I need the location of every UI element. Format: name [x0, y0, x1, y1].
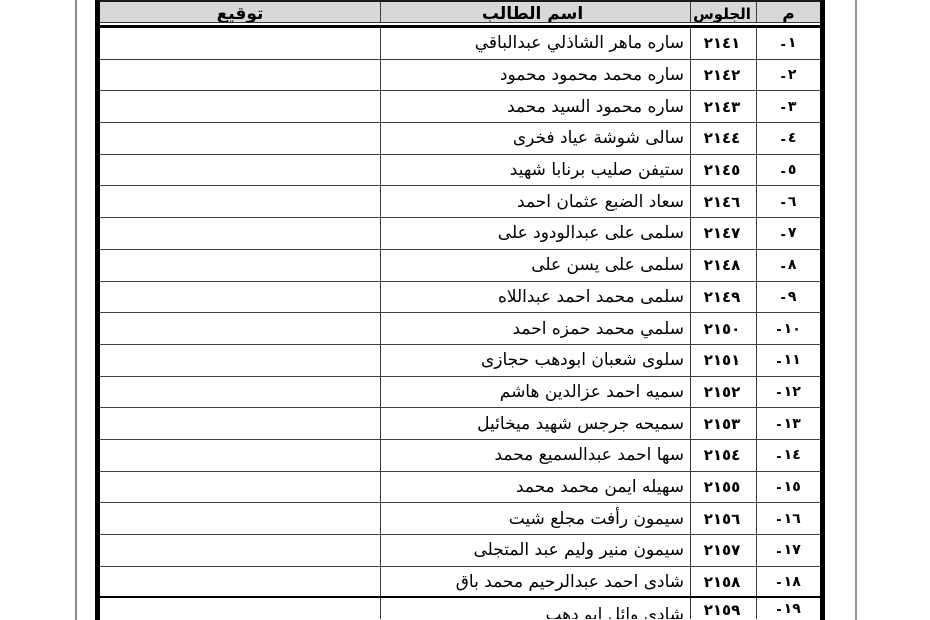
cell-signature [100, 503, 380, 534]
serial-value: ١٥ [784, 479, 801, 495]
cell-signature [100, 377, 380, 408]
cell-seat-number: ٢١٤٥ [690, 155, 756, 186]
cell-seat-number: ٢١٥٩ [690, 598, 756, 619]
cell-seat-number: ٢١٥١ [690, 345, 756, 376]
student-name-value: سلمى على يسن على [531, 255, 690, 275]
serial-dash: - [776, 513, 781, 528]
serial-dash: - [781, 228, 786, 243]
serial-dash: - [781, 291, 786, 306]
header-signature: توقيع [100, 2, 380, 22]
cell-serial-number: - ١٦ [756, 503, 820, 534]
serial-value: ٦ [788, 194, 797, 210]
student-name-value: سيمون منير وليم عبد المتجلى [474, 540, 691, 560]
cell-signature [100, 91, 380, 122]
cell-seat-number: ٢١٤٨ [690, 250, 756, 281]
serial-dash: - [776, 418, 781, 433]
serial-dash: - [781, 101, 786, 116]
cell-seat-number: ٢١٥٧ [690, 535, 756, 566]
seat-number-value: ٢١٥٣ [704, 415, 741, 433]
cell-signature [100, 598, 380, 619]
cell-seat-number: ٢١٤٣ [690, 91, 756, 122]
cell-signature [100, 440, 380, 471]
cell-signature [100, 28, 380, 59]
serial-dash: - [781, 70, 786, 85]
cell-seat-number: ٢١٥٢ [690, 377, 756, 408]
cell-seat-number: ٢١٥٥ [690, 472, 756, 503]
student-name-value: ستيفن صليب برنابا شهيد [510, 160, 690, 180]
serial-value: ٢ [788, 67, 797, 83]
cell-serial-number: - ٢ [756, 60, 820, 91]
student-name-value: سيمون رأفت مجلع شيت [509, 509, 690, 529]
cell-signature [100, 345, 380, 376]
cell-serial-number: - ١٢ [756, 377, 820, 408]
cell-seat-number: ٢١٥٤ [690, 440, 756, 471]
serial-dash: - [776, 600, 781, 618]
cell-seat-number: ٢١٥٨ [690, 567, 756, 597]
seat-number-value: ٢١٤٨ [704, 256, 741, 274]
table-row: - ٧ ٢١٤٧ سلمى على عبدالودود على [100, 218, 820, 250]
table-row: - ٥ ٢١٤٥ ستيفن صليب برنابا شهيد [100, 155, 820, 187]
cell-serial-number: - ١٧ [756, 535, 820, 566]
cell-student-name: سلمي محمد حمزه احمد [380, 313, 690, 344]
table-row: - ١٥ ٢١٥٥ سهيله ايمن محمد محمد [100, 472, 820, 504]
cell-serial-number: - ٤ [756, 123, 820, 154]
seat-number-value: ٢١٥٦ [704, 510, 741, 528]
seat-number-value: ٢١٤٢ [704, 66, 741, 84]
table-row: - ١٤ ٢١٥٤ سها احمد عبدالسميع محمد [100, 440, 820, 472]
serial-value: ١٨ [784, 574, 801, 590]
table-row: - ١٢ ٢١٥٢ سميه احمد عزالدين هاشم [100, 377, 820, 409]
cell-student-name: شادى احمد عبدالرحيم محمد باق [380, 567, 690, 597]
cell-seat-number: ٢١٤٦ [690, 186, 756, 217]
student-name-value: ساره محمود السيد محمد [507, 97, 690, 117]
serial-value: ١٩ [784, 598, 801, 617]
cell-student-name: شادى وائل ابو دهب [380, 598, 690, 619]
cell-serial-number: - ١ [756, 28, 820, 59]
table-row: - ٨ ٢١٤٨ سلمى على يسن على [100, 250, 820, 282]
seat-number-value: ٢١٤٥ [704, 161, 741, 179]
cell-student-name: سيمون منير وليم عبد المتجلى [380, 535, 690, 566]
student-name-value: سلمى على عبدالودود على [498, 223, 690, 243]
student-name-value: ساره محمد محمود محمود [500, 65, 690, 85]
cell-seat-number: ٢١٤٧ [690, 218, 756, 249]
table-row: - ١٣ ٢١٥٣ سميحه جرجس شهيد ميخائيل [100, 408, 820, 440]
table-row: - ١٦ ٢١٥٦ سيمون رأفت مجلع شيت [100, 503, 820, 535]
student-name-value: سهيله ايمن محمد محمد [516, 477, 690, 497]
serial-value: ١ [788, 35, 797, 51]
serial-dash: - [776, 355, 781, 370]
cell-signature [100, 123, 380, 154]
cell-student-name: ساره محمود السيد محمد [380, 91, 690, 122]
cell-signature [100, 282, 380, 313]
serial-dash: - [776, 323, 781, 338]
seat-number-value: ٢١٤٩ [704, 288, 741, 306]
seat-number-value: ٢١٤٤ [704, 129, 741, 147]
seat-number-value: ٢١٤٣ [704, 98, 741, 116]
cell-serial-number: - ٧ [756, 218, 820, 249]
table-row: - ١٧ ٢١٥٧ سيمون منير وليم عبد المتجلى [100, 535, 820, 567]
header-seat-label: الجلوس [693, 2, 751, 22]
student-name-value: شادى وائل ابو دهب [545, 598, 690, 619]
table-row: - ١٠ ٢١٥٠ سلمي محمد حمزه احمد [100, 313, 820, 345]
cell-serial-number: - ٦ [756, 186, 820, 217]
cell-seat-number: ٢١٤٢ [690, 60, 756, 91]
cell-seat-number: ٢١٥٦ [690, 503, 756, 534]
serial-value: ٨ [788, 257, 797, 273]
serial-value: ١١ [784, 352, 801, 368]
table-row: - ١٩ ٢١٥٩ شادى وائل ابو دهب [100, 598, 820, 619]
header-student-name: اسم الطالب [380, 2, 690, 22]
attendance-table: م الجلوس اسم الطالب توقيع - ١ ٢١٤١ ساره … [95, 0, 825, 620]
serial-dash: - [776, 545, 781, 560]
cell-student-name: سالى شوشة عياد فخرى [380, 123, 690, 154]
cell-seat-number: ٢١٥٣ [690, 408, 756, 439]
student-name-value: سلمي محمد حمزه احمد [512, 319, 690, 339]
seat-number-value: ٢١٥٥ [704, 478, 741, 496]
cell-signature [100, 472, 380, 503]
cell-student-name: سميه احمد عزالدين هاشم [380, 377, 690, 408]
cell-student-name: سهيله ايمن محمد محمد [380, 472, 690, 503]
serial-dash: - [776, 450, 781, 465]
cell-signature [100, 567, 380, 597]
table-row: - ٣ ٢١٤٣ ساره محمود السيد محمد [100, 91, 820, 123]
cell-serial-number: - ١٥ [756, 472, 820, 503]
header-seat-number: الجلوس [690, 2, 756, 22]
table-body: - ١ ٢١٤١ ساره ماهر الشاذلي عبدالباقي - ٢… [100, 28, 820, 619]
serial-dash: - [781, 165, 786, 180]
cell-serial-number: - ٣ [756, 91, 820, 122]
exam-attendance-sheet-page: م الجلوس اسم الطالب توقيع - ١ ٢١٤١ ساره … [0, 0, 930, 620]
cell-student-name: ستيفن صليب برنابا شهيد [380, 155, 690, 186]
student-name-value: سالى شوشة عياد فخرى [513, 128, 690, 148]
seat-number-value: ٢١٥٠ [704, 320, 741, 338]
seat-number-value: ٢١٤٦ [704, 193, 741, 211]
cell-seat-number: ٢١٤٤ [690, 123, 756, 154]
serial-value: ١٠ [784, 321, 801, 337]
cell-student-name: سلمى على عبدالودود على [380, 218, 690, 249]
serial-value: ٤ [788, 130, 797, 146]
serial-value: ٣ [788, 99, 797, 115]
table-row: - ١٨ ٢١٥٨ شادى احمد عبدالرحيم محمد باق [100, 567, 820, 599]
serial-value: ١٦ [784, 511, 801, 527]
table-row: - ٢ ٢١٤٢ ساره محمد محمود محمود [100, 60, 820, 92]
serial-value: ١٣ [784, 416, 801, 432]
cell-student-name: سعاد الضبع عثمان احمد [380, 186, 690, 217]
student-name-value: سها احمد عبدالسميع محمد [494, 445, 690, 465]
serial-value: ٧ [788, 225, 797, 241]
seat-number-value: ٢١٥٤ [704, 446, 741, 464]
serial-value: ١٢ [784, 384, 801, 400]
cell-seat-number: ٢١٤٩ [690, 282, 756, 313]
serial-dash: - [781, 133, 786, 148]
cell-signature [100, 155, 380, 186]
table-row: - ٩ ٢١٤٩ سلمى محمد احمد عبداللاه [100, 282, 820, 314]
table-row: - ٤ ٢١٤٤ سالى شوشة عياد فخرى [100, 123, 820, 155]
table-row: - ١ ٢١٤١ ساره ماهر الشاذلي عبدالباقي [100, 28, 820, 60]
cell-serial-number: - ٥ [756, 155, 820, 186]
serial-dash: - [781, 260, 786, 275]
seat-number-value: ٢١٤٧ [704, 224, 741, 242]
serial-value: ٩ [788, 289, 797, 305]
table-header-row: م الجلوس اسم الطالب توقيع [100, 2, 820, 23]
student-name-value: سميه احمد عزالدين هاشم [500, 382, 690, 402]
cell-signature [100, 250, 380, 281]
cell-seat-number: ٢١٤١ [690, 28, 756, 59]
cell-signature [100, 186, 380, 217]
table-row: - ١١ ٢١٥١ سلوى شعبان ابودهب حجازى [100, 345, 820, 377]
header-name-label: اسم الطالب [482, 2, 589, 22]
serial-value: ١٧ [784, 542, 801, 558]
student-name-value: شادى احمد عبدالرحيم محمد باق [456, 572, 690, 592]
student-name-value: سلوى شعبان ابودهب حجازى [481, 350, 690, 370]
serial-dash: - [776, 386, 781, 401]
cell-serial-number: - ٨ [756, 250, 820, 281]
seat-number-value: ٢١٥٩ [704, 598, 741, 619]
cell-student-name: سميحه جرجس شهيد ميخائيل [380, 408, 690, 439]
cell-student-name: سلمى محمد احمد عبداللاه [380, 282, 690, 313]
cell-student-name: سيمون رأفت مجلع شيت [380, 503, 690, 534]
header-signature-label: توقيع [217, 2, 264, 22]
header-serial-label: م [782, 2, 794, 22]
cell-student-name: ساره ماهر الشاذلي عبدالباقي [380, 28, 690, 59]
cell-student-name: سلوى شعبان ابودهب حجازى [380, 345, 690, 376]
serial-dash: - [781, 38, 786, 53]
header-serial: م [756, 2, 820, 22]
cell-signature [100, 535, 380, 566]
seat-number-value: ٢١٥٨ [704, 573, 741, 591]
page-margin-line-left [75, 0, 77, 620]
cell-student-name: سها احمد عبدالسميع محمد [380, 440, 690, 471]
table-row: - ٦ ٢١٤٦ سعاد الضبع عثمان احمد [100, 186, 820, 218]
cell-signature [100, 313, 380, 344]
cell-serial-number: - ١١ [756, 345, 820, 376]
student-name-value: سميحه جرجس شهيد ميخائيل [477, 414, 690, 434]
cell-signature [100, 60, 380, 91]
cell-serial-number: - ١٤ [756, 440, 820, 471]
cell-student-name: ساره محمد محمود محمود [380, 60, 690, 91]
cell-signature [100, 408, 380, 439]
seat-number-value: ٢١٤١ [704, 34, 741, 52]
page-margin-line-right [855, 0, 857, 620]
seat-number-value: ٢١٥١ [704, 351, 741, 369]
student-name-value: سعاد الضبع عثمان احمد [517, 192, 690, 212]
seat-number-value: ٢١٥٧ [704, 541, 741, 559]
cell-serial-number: - ١٣ [756, 408, 820, 439]
cell-signature [100, 218, 380, 249]
cell-serial-number: - ١٩ [756, 598, 820, 619]
student-name-value: ساره ماهر الشاذلي عبدالباقي [475, 33, 690, 53]
serial-dash: - [776, 576, 781, 591]
cell-serial-number: - ٩ [756, 282, 820, 313]
student-name-value: سلمى محمد احمد عبداللاه [498, 287, 690, 307]
serial-dash: - [776, 481, 781, 496]
serial-value: ٥ [788, 162, 797, 178]
cell-serial-number: - ١٨ [756, 567, 820, 597]
serial-value: ١٤ [784, 447, 801, 463]
cell-student-name: سلمى على يسن على [380, 250, 690, 281]
cell-serial-number: - ١٠ [756, 313, 820, 344]
cell-seat-number: ٢١٥٠ [690, 313, 756, 344]
seat-number-value: ٢١٥٢ [704, 383, 741, 401]
serial-dash: - [781, 196, 786, 211]
